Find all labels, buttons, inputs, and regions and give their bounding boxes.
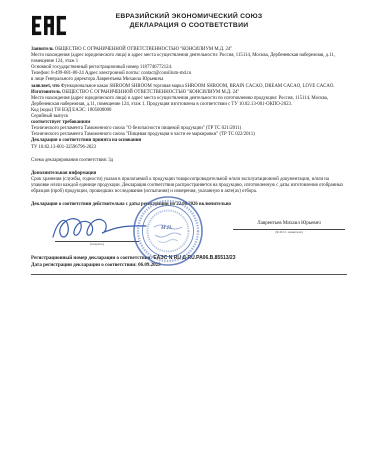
- signature-line: (подпись): [55, 241, 139, 247]
- eac-logo-glyph: [32, 12, 66, 39]
- bottom-rule: [31, 274, 347, 275]
- union-name: ЕВРАЗИЙСКИЙ ЭКОНОМИЧЕСКИЙ СОЮЗ: [31, 12, 347, 21]
- manufacturer-address-line: Место нахождения (адрес юридического лиц…: [31, 96, 347, 108]
- document-header: ЕВРАЗИЙСКИЙ ЭКОНОМИЧЕСКИЙ СОЮЗ ДЕКЛАРАЦИ…: [31, 12, 347, 30]
- applicant-address-line: Место нахождения (адрес юридического лиц…: [31, 53, 347, 65]
- scheme-line: Схема декларирования соответствия: 3д: [31, 158, 347, 164]
- page-title: ДЕКЛАРАЦИЯ О СООТВЕТСТВИИ: [31, 21, 347, 30]
- signatory-name: Лаврентьев Михаил Юрьевич: [233, 221, 345, 230]
- signature-area: (подпись) М.П. Лаврентьев Михаил Юрьевич…: [31, 211, 347, 251]
- signature-caption: (подпись): [90, 242, 104, 246]
- manufacturer-label: Изготовитель: [31, 90, 61, 95]
- registration-date-label: Дата регистрации декларации о соответств…: [31, 263, 137, 268]
- eac-logo: [32, 12, 66, 44]
- applicant-label: Заявитель: [31, 47, 54, 52]
- signatory-name-caption: (Ф.И.О. заявителя): [233, 230, 345, 235]
- signatory-block: Лаврентьев Михаил Юрьевич (Ф.И.О. заявит…: [233, 221, 345, 234]
- basis-tu-line: ТУ 10.82.13-001-32596796-2023: [31, 145, 347, 151]
- declares-label: заявляет, что: [31, 84, 60, 89]
- additional-info-text: Срок хранения (службы, годности) указан …: [31, 177, 347, 195]
- declaration-document: ЕВРАЗИЙСКИЙ ЭКОНОМИЧЕСКИЙ СОЮЗ ДЕКЛАРАЦИ…: [31, 12, 347, 275]
- stamp-place-mark: М.П.: [161, 225, 172, 231]
- round-stamp-icon: [131, 194, 205, 273]
